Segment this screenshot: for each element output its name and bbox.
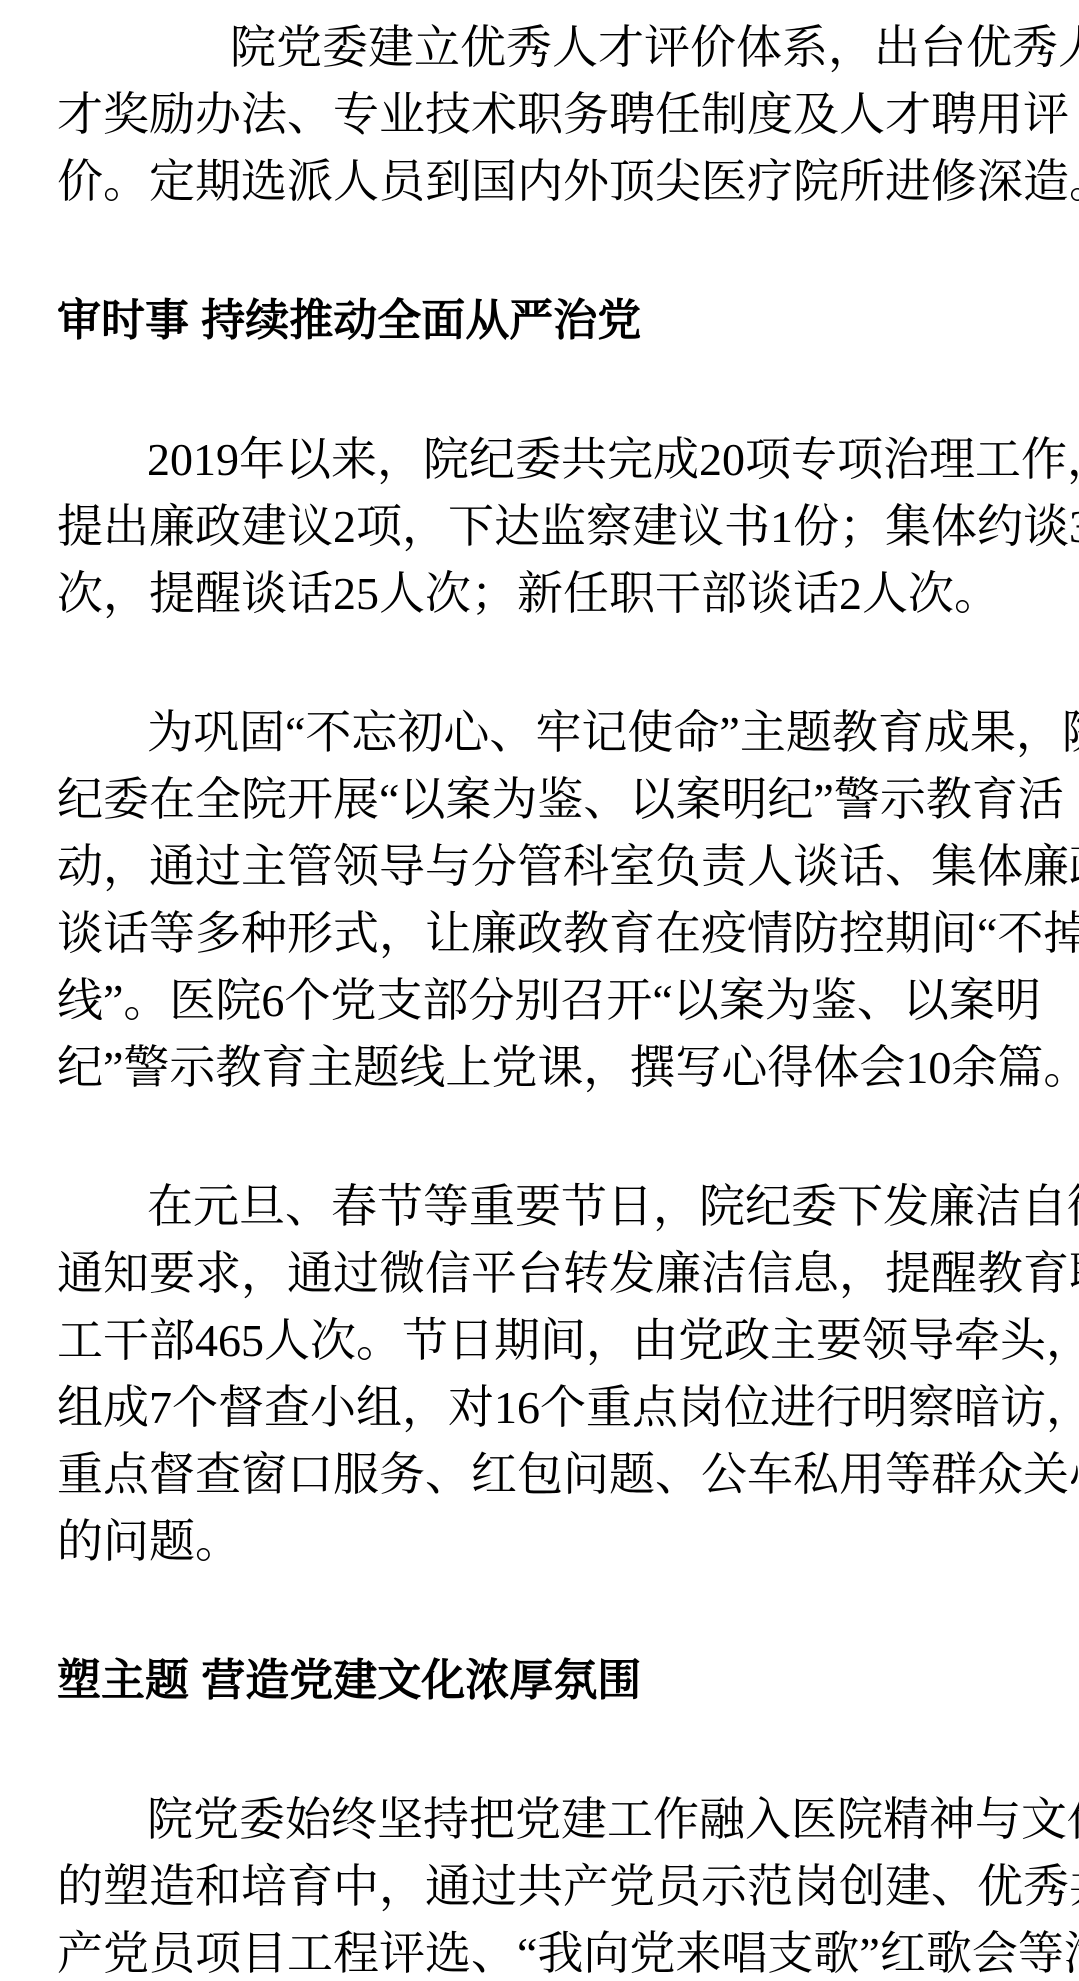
text-line: 2019年以来，院纪委共完成20项专项治理工作， [57,426,1057,493]
text-line: 提出廉政建议2项，下达监察建议书1份；集体约谈3 [57,493,1057,560]
text-line: 组成7个督查小组，对16个重点岗位进行明察暗访， [57,1374,1057,1441]
text-line: 纪委在全院开展“以案为鉴、以案明纪”警示教育活 [57,766,1057,833]
text-line: 才奖励办法、专业技术职务聘任制度及人才聘用评 [57,81,1057,148]
section-heading: 审时事 持续推动全面从严治党 [57,287,1057,354]
text-line: 产党员项目工程评选、“我向党来唱支歌”红歌会等活 [57,1920,1057,1981]
section-heading: 塑主题 营造党建文化浓厚氛围 [57,1647,1057,1714]
text-line: 线”。医院6个党支部分别召开“以案为鉴、以案明 [57,967,1057,1034]
paragraph: 在元旦、春节等重要节日，院纪委下发廉洁自律 通知要求，通过微信平台转发廉洁信息，… [57,1173,1057,1575]
text-line: 为巩固“不忘初心、牢记使命”主题教育成果，院 [57,699,1057,766]
paragraph: 院党委建立优秀人才评价体系，出台优秀人 才奖励办法、专业技术职务聘任制度及人才聘… [57,14,1057,215]
text-line: 的塑造和培育中，通过共产党员示范岗创建、优秀共 [57,1853,1057,1920]
text-line: 纪”警示教育主题线上党课，撰写心得体会10余篇。 [57,1034,1057,1101]
text-line: 谈话等多种形式，让廉政教育在疫情防控期间“不掉 [57,900,1057,967]
text-line: 的问题。 [57,1508,1057,1575]
text-line: 动，通过主管领导与分管科室负责人谈话、集体廉政 [57,833,1057,900]
text-line: 在元旦、春节等重要节日，院纪委下发廉洁自律 [57,1173,1057,1240]
paragraph: 2019年以来，院纪委共完成20项专项治理工作， 提出廉政建议2项，下达监察建议… [57,426,1057,627]
text-line: 工干部465人次。节日期间，由党政主要领导牵头， [57,1307,1057,1374]
paragraph: 为巩固“不忘初心、牢记使命”主题教育成果，院 纪委在全院开展“以案为鉴、以案明纪… [57,699,1057,1101]
paragraph: 院党委始终坚持把党建工作融入医院精神与文化 的塑造和培育中，通过共产党员示范岗创… [57,1786,1057,1981]
article-page: 院党委建立优秀人才评价体系，出台优秀人 才奖励办法、专业技术职务聘任制度及人才聘… [0,0,1079,1981]
text-line: 院党委建立优秀人才评价体系，出台优秀人 [57,14,1057,81]
text-line: 院党委始终坚持把党建工作融入医院精神与文化 [57,1786,1057,1853]
text-line: 价。定期选派人员到国内外顶尖医疗院所进修深造。 [57,148,1057,215]
text-line: 次，提醒谈话25人次；新任职干部谈话2人次。 [57,560,1057,627]
text-line: 重点督查窗口服务、红包问题、公车私用等群众关心 [57,1441,1057,1508]
text-line: 通知要求，通过微信平台转发廉洁信息，提醒教育职 [57,1240,1057,1307]
